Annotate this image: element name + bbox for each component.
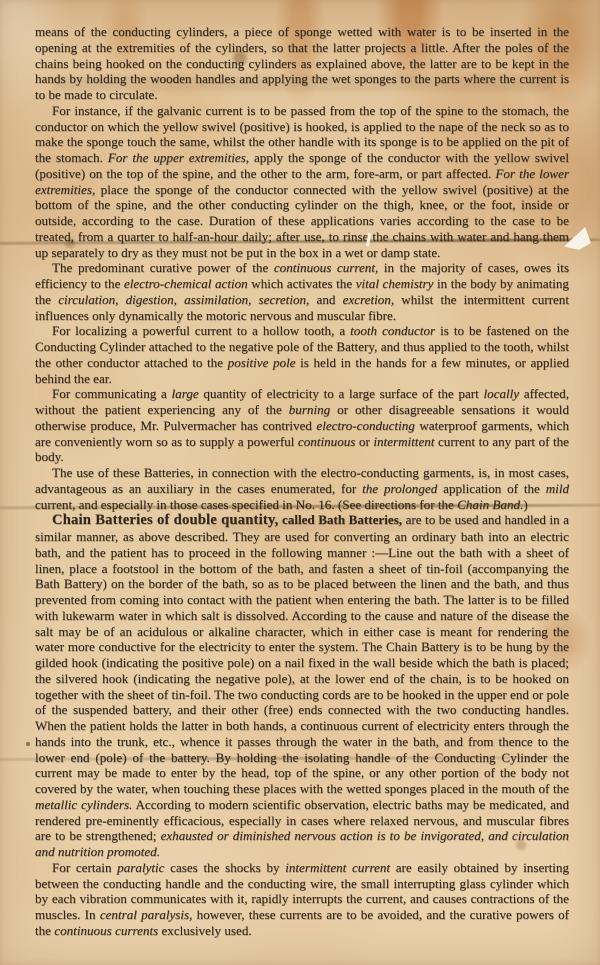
paragraph: The use of these Batteries, in connectio… bbox=[35, 465, 569, 512]
text-run: central paralysis, bbox=[100, 907, 193, 922]
text-run: are to be used and handled in a similar … bbox=[35, 512, 569, 796]
document-text: means of the conducting cylinders, a pie… bbox=[35, 24, 569, 939]
text-run: which activates the bbox=[248, 276, 356, 291]
text-run: quantity of electricity to a large surfa… bbox=[199, 386, 484, 401]
text-run: For the upper extremities, bbox=[108, 150, 249, 165]
text-run: Chain Batteries of double quantity, bbox=[52, 512, 278, 528]
text-run: place the sponge of the conductor connec… bbox=[35, 182, 569, 260]
text-run: or bbox=[355, 434, 373, 449]
text-run: called Bath Batteries, bbox=[278, 512, 402, 527]
text-run: electro-chemical action bbox=[124, 276, 248, 291]
text-run: positive pole bbox=[228, 355, 296, 370]
text-run: paralytic bbox=[117, 860, 164, 875]
text-run: exclusively used. bbox=[158, 923, 251, 938]
text-run: For communicating a bbox=[52, 386, 172, 401]
text-run: tooth conductor bbox=[350, 323, 435, 338]
paragraph: For certain paralytic cases the shocks b… bbox=[35, 860, 569, 939]
text-run: intermittent current bbox=[285, 860, 390, 875]
text-run: large bbox=[172, 386, 199, 401]
text-run: cases the shocks by bbox=[164, 860, 285, 875]
text-run: excretion, bbox=[343, 292, 395, 307]
text-run: and bbox=[309, 292, 342, 307]
text-run: For certain bbox=[52, 860, 117, 875]
text-run: current, and especially in those cases s… bbox=[35, 497, 457, 512]
text-run: application of the bbox=[437, 481, 545, 496]
text-run: continuous currents bbox=[54, 923, 158, 938]
text-run: electro-conducting bbox=[316, 418, 414, 433]
paragraph: The predominant curative power of the co… bbox=[35, 260, 569, 323]
text-run: intermittent bbox=[373, 434, 434, 449]
text-run: ) bbox=[523, 497, 527, 512]
text-run: Chain Band. bbox=[457, 497, 523, 512]
text-run: vital chemistry bbox=[356, 276, 434, 291]
text-run: means of the conducting cylinders, a pie… bbox=[35, 24, 569, 102]
text-run: metallic cylinders. bbox=[35, 797, 132, 812]
text-run: the prolonged bbox=[362, 481, 437, 496]
text-run: mild bbox=[546, 481, 569, 496]
text-run: The predominant curative power of the bbox=[52, 260, 274, 275]
text-run: burning bbox=[289, 402, 330, 417]
text-run: circulation, digestion, assimilation, se… bbox=[58, 292, 309, 307]
text-run: locally bbox=[483, 386, 519, 401]
paragraph: For communicating a large quantity of el… bbox=[35, 386, 569, 465]
paragraph: For localizing a powerful current to a h… bbox=[35, 323, 569, 386]
paragraph: For instance, if the galvanic current is… bbox=[35, 103, 569, 261]
document-page: means of the conducting cylinders, a pie… bbox=[0, 0, 600, 965]
margin-ink-dot bbox=[26, 742, 30, 746]
text-run: continuous bbox=[298, 434, 355, 449]
paragraph: Chain Batteries of double quantity, call… bbox=[35, 512, 569, 860]
text-run: For localizing a powerful current to a h… bbox=[52, 323, 350, 338]
paragraph: means of the conducting cylinders, a pie… bbox=[35, 24, 569, 103]
text-run: continuous current, bbox=[274, 260, 378, 275]
